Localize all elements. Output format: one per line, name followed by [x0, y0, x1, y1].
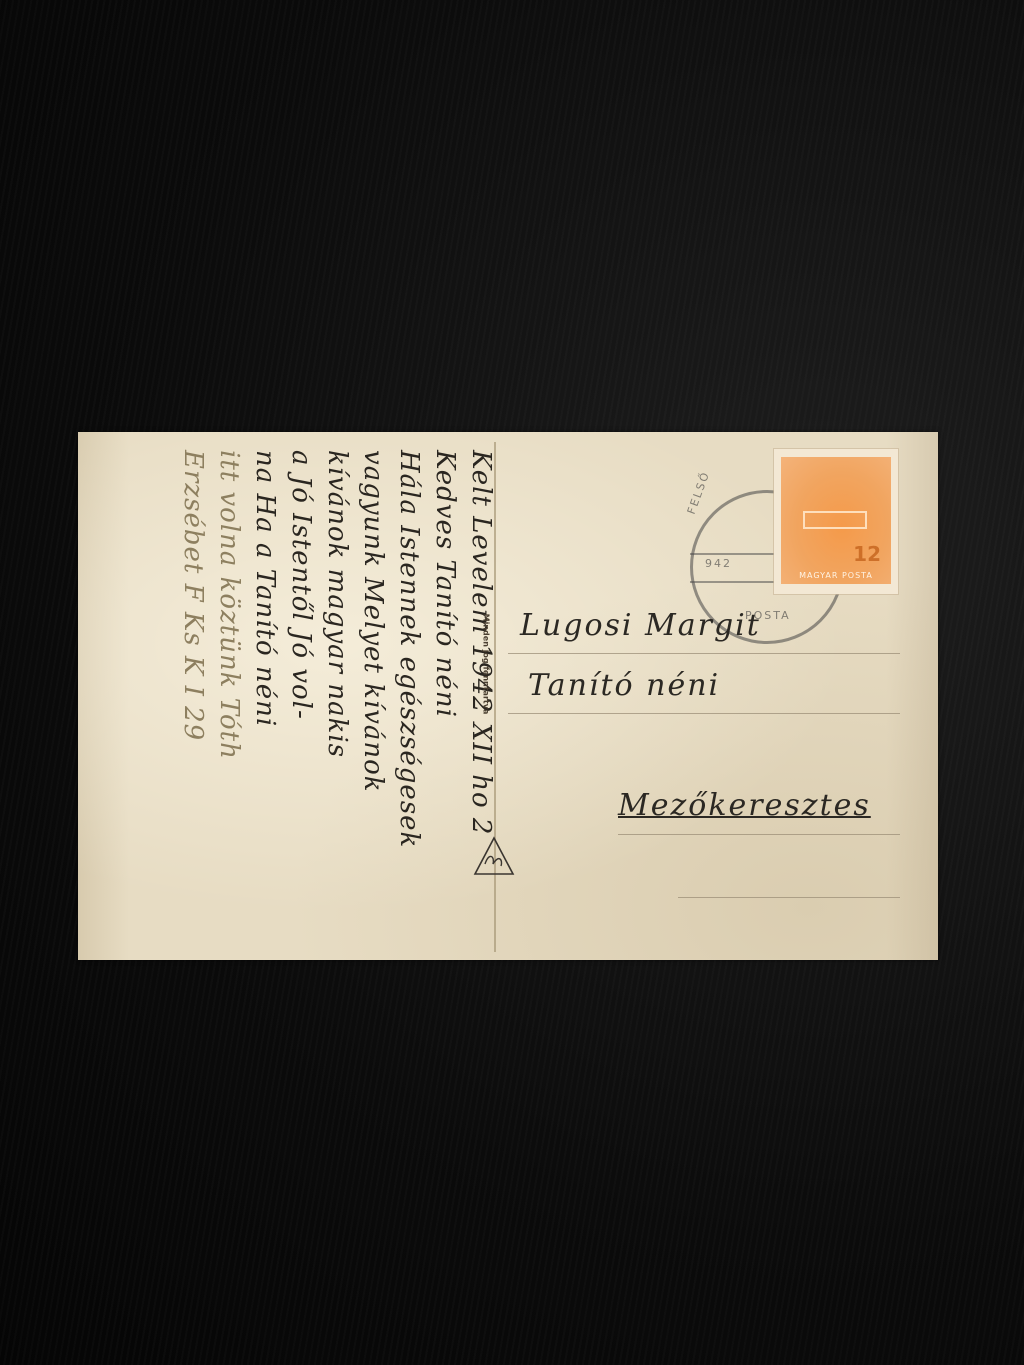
message-line: vagyunk Melyet kívánok [358, 450, 388, 793]
address-rule [618, 834, 900, 835]
message-line: itt volna köztünk Tóth [214, 450, 244, 760]
postmark-town: FELSŐ [685, 469, 713, 516]
postage-stamp: 12 MAGYAR POSTA [774, 449, 898, 594]
address-rule [678, 897, 900, 898]
message-line: kívánok magyar nakis [322, 450, 352, 758]
postmark-date: 942 [705, 557, 732, 570]
crown-icon [803, 511, 867, 529]
triangle-monogram-icon [471, 834, 517, 878]
address-rule [508, 653, 900, 654]
copyright-notice: Minden jog fenntartva [479, 544, 493, 784]
message-line: a Jó Istentől Jó vol- [286, 450, 316, 720]
message-line: Erzsébet F Ks K I 29 [178, 450, 208, 741]
message-line: Hála Istennek egészségesek [394, 450, 424, 848]
address-rule [508, 713, 900, 714]
address-recipient: Lugosi Margit [520, 608, 761, 643]
address-title: Tanító néni [528, 668, 720, 703]
address-town: Mezőkeresztes [618, 788, 871, 823]
stamp-value: 12 [853, 542, 881, 566]
message-line: na Ha a Tanító néni [250, 450, 280, 727]
stamp-country: MAGYAR POSTA [785, 571, 887, 580]
postcard: Kelt Levelem 1942 XII ho 2 Kedves Tanító… [78, 432, 938, 960]
handwritten-message: Kelt Levelem 1942 XII ho 2 Kedves Tanító… [78, 432, 498, 960]
message-line: Kedves Tanító néni [430, 450, 460, 718]
